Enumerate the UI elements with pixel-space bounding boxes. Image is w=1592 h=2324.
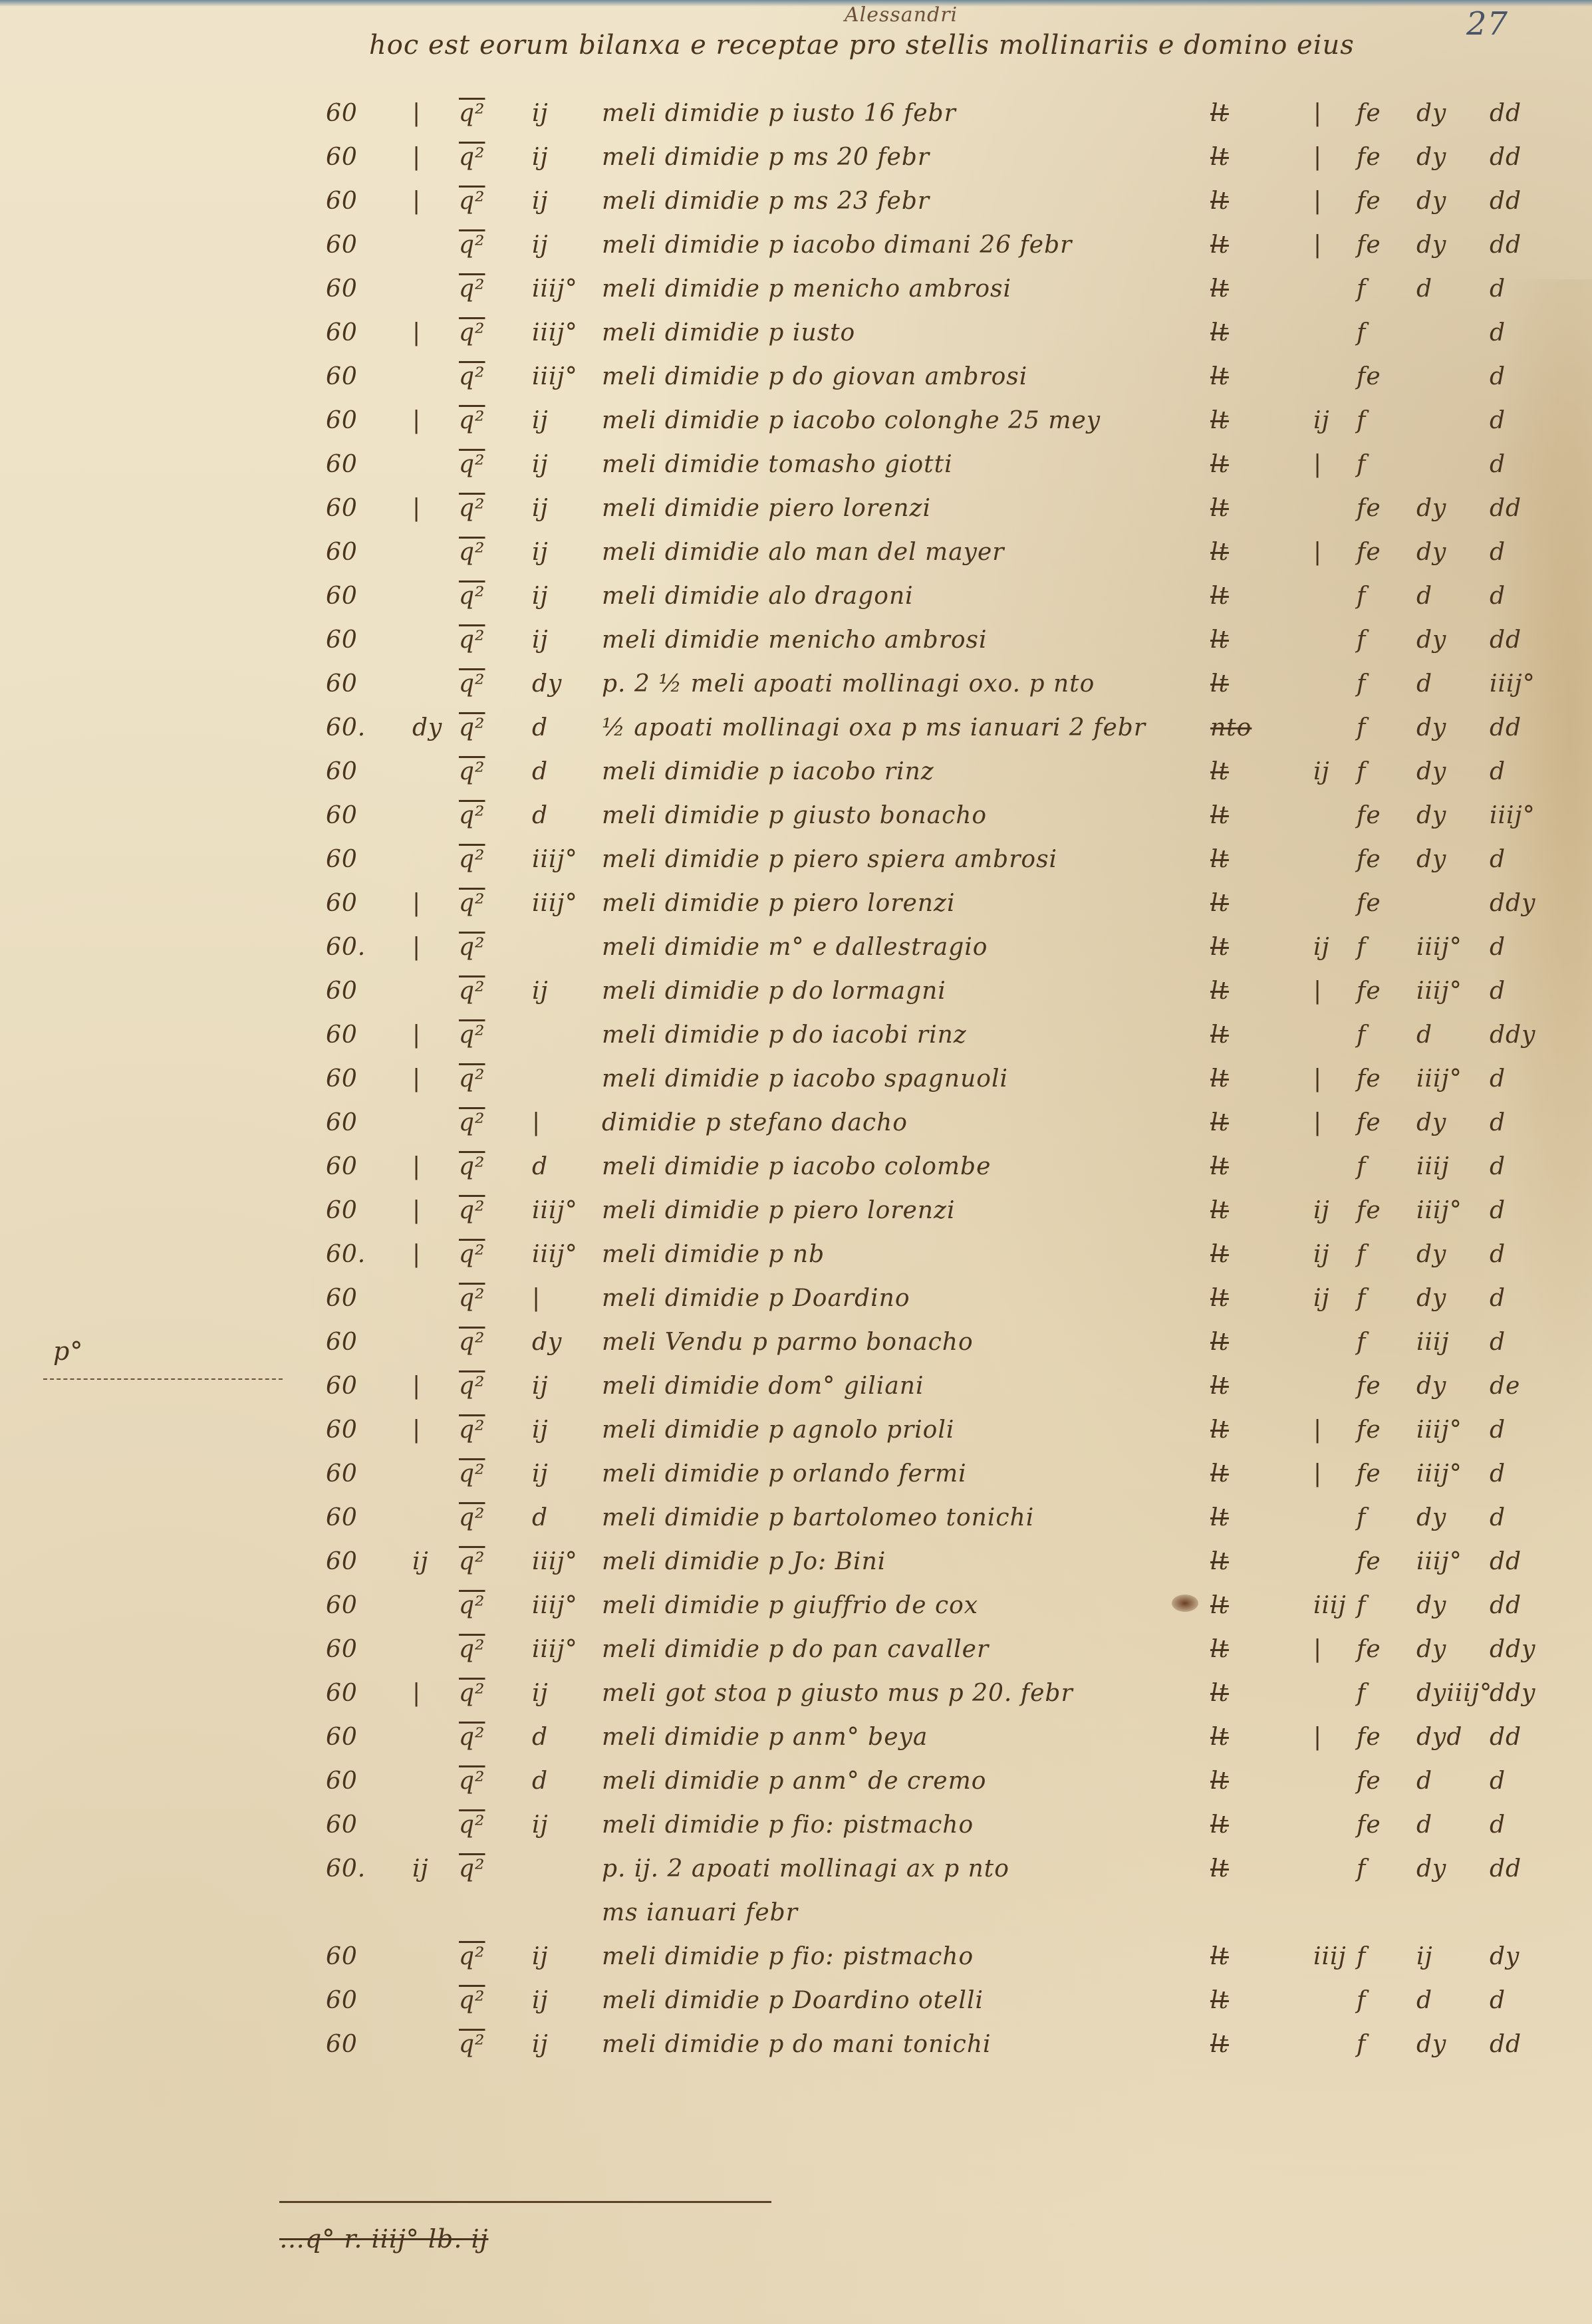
ledger-row: 60q²dymeli Vendu p parmo bonacholtfiiijd — [0, 1329, 1592, 1372]
row-amount-c: dy — [1416, 144, 1446, 171]
row-quantity: q² — [459, 1109, 485, 1136]
row-description: meli dimidie piero lorenzi — [602, 495, 931, 522]
row-amount-d: d — [1490, 451, 1506, 478]
row-amount-b: fe — [1357, 1724, 1381, 1751]
row-amount-a: | — [1313, 1724, 1322, 1751]
row-quantity: q² — [459, 670, 485, 698]
row-quantity: q² — [459, 100, 485, 127]
row-description: meli dimidie p giuffrio de cox — [602, 1592, 978, 1619]
row-quantity: q² — [459, 1285, 485, 1312]
row-amount-d: d — [1490, 1285, 1506, 1312]
row-amount-c: d — [1416, 1021, 1432, 1049]
row-amount-c: iiij° — [1416, 1197, 1462, 1224]
ledger-row: 60|q²meli dimidie p iacobo spagnuolilt|f… — [0, 1065, 1592, 1109]
row-amount-c: dy — [1416, 1636, 1446, 1663]
row-description: meli Vendu p parmo bonacho — [602, 1329, 974, 1356]
row-amount-d: d — [1490, 1241, 1506, 1268]
row-checkmark: lt — [1210, 1460, 1229, 1487]
row-quantity: q² — [459, 407, 485, 434]
row-mark: 60 — [326, 100, 358, 127]
row-tick: | — [412, 934, 421, 961]
row-checkmark: lt — [1210, 1504, 1229, 1531]
row-tick: | — [412, 1372, 421, 1400]
row-quantity: q² — [459, 1241, 485, 1268]
ledger-row: 60|q²ijmeli dimidie p ms 20 febrlt|fedyd… — [0, 144, 1592, 188]
row-quantity: q² — [459, 802, 485, 829]
row-mark: 60 — [326, 407, 358, 434]
row-description: meli dimidie p piero spiera ambrosi — [602, 846, 1057, 873]
row-tick: | — [412, 1680, 421, 1707]
row-amount-b: f — [1357, 714, 1366, 741]
ledger-row: 60q²dmeli dimidie p bartolomeo tonichilt… — [0, 1504, 1592, 1548]
row-quantity: q² — [459, 1767, 485, 1795]
ledger-row: 60|q²ijmeli dimidie p iacobo colonghe 25… — [0, 407, 1592, 451]
row-checkmark: lt — [1210, 1416, 1229, 1444]
row-amount-a: | — [1313, 144, 1322, 171]
row-mark: 60 — [326, 1197, 358, 1224]
row-description: meli dimidie p Doardino — [602, 1285, 910, 1312]
row-quantity: q² — [459, 1943, 485, 1970]
page-top-edge — [0, 0, 1592, 7]
row-checkmark: lt — [1210, 319, 1229, 346]
row-description: meli dimidie tomasho giotti — [602, 451, 953, 478]
row-checkmark: lt — [1210, 407, 1229, 434]
row-quantity: q² — [459, 1636, 485, 1663]
row-amount-d: d — [1490, 1109, 1506, 1136]
ledger-row: 60q²dyp. 2 ½ meli apoati mollinagi oxo. … — [0, 670, 1592, 714]
row-checkmark: lt — [1210, 1724, 1229, 1751]
row-mark: 60 — [326, 1329, 358, 1356]
row-description: meli dimidie m° e dallestragio — [602, 934, 988, 961]
row-checkmark: lt — [1210, 275, 1229, 303]
row-description: meli dimidie p menicho ambrosi — [602, 275, 1011, 303]
row-checkmark: lt — [1210, 363, 1229, 390]
row-amount-b: fe — [1357, 188, 1381, 215]
ledger-row: 60|q²ijmeli got stoa p giusto mus p 20. … — [0, 1680, 1592, 1724]
row-description: meli dimidie p iacobo colombe — [602, 1153, 991, 1180]
row-checkmark: lt — [1210, 846, 1229, 873]
row-amount-b: f — [1357, 407, 1366, 434]
row-checkmark: lt — [1210, 2031, 1229, 2058]
row-mark: 60 — [326, 1943, 358, 1970]
row-number: iiij° — [532, 1636, 578, 1663]
row-tick: | — [412, 319, 421, 346]
row-amount-d: d — [1490, 319, 1506, 346]
row-amount-c: dy — [1416, 1372, 1446, 1400]
row-number: iiij° — [532, 1241, 578, 1268]
row-quantity: q² — [459, 1724, 485, 1751]
ledger-row: 60q²dmeli dimidie p iacobo rinzltijfdyd — [0, 758, 1592, 802]
page-header: hoc est eorum bilanxa e receptae pro ste… — [369, 30, 1355, 61]
row-amount-c: dy — [1416, 100, 1446, 127]
row-quantity: q² — [459, 2031, 485, 2058]
row-quantity: q² — [459, 890, 485, 917]
row-quantity: q² — [459, 363, 485, 390]
row-amount-a: ij — [1313, 934, 1330, 961]
total-rule — [279, 2201, 771, 2203]
row-amount-c: iiij° — [1416, 1416, 1462, 1444]
row-mark: 60 — [326, 1285, 358, 1312]
row-amount-d: d — [1490, 1460, 1506, 1487]
row-checkmark: lt — [1210, 1636, 1229, 1663]
row-amount-b: f — [1357, 2031, 1366, 2058]
row-checkmark: lt — [1210, 1592, 1229, 1619]
row-amount-d: d — [1490, 758, 1506, 785]
row-description: p. 2 ½ meli apoati mollinagi oxo. p nto — [602, 670, 1095, 698]
row-amount-c: dy — [1416, 539, 1446, 566]
row-checkmark: lt — [1210, 977, 1229, 1005]
row-tick: | — [412, 1197, 421, 1224]
row-amount-b: f — [1357, 582, 1366, 610]
ledger-row: 60q²iiij°meli dimidie p do giovan ambros… — [0, 363, 1592, 407]
row-quantity: q² — [459, 1592, 485, 1619]
row-mark: 60 — [326, 451, 358, 478]
row-amount-d: dd — [1490, 1855, 1522, 1882]
row-number: ij — [532, 100, 549, 127]
row-mark: 60 — [326, 1460, 358, 1487]
row-amount-a: ij — [1313, 1285, 1330, 1312]
row-mark: 60 — [326, 188, 358, 215]
ledger-row: 60q²dmeli dimidie p giusto bonacholtfedy… — [0, 802, 1592, 846]
row-amount-d: d — [1490, 1504, 1506, 1531]
row-amount-d: d — [1490, 1416, 1506, 1444]
row-amount-a: ij — [1313, 1197, 1330, 1224]
ledger-row: 60|q²ijmeli dimidie p agnolo priolilt|fe… — [0, 1416, 1592, 1460]
row-tick: | — [412, 1241, 421, 1268]
row-tick: | — [412, 495, 421, 522]
row-description: meli dimidie p do giovan ambrosi — [602, 363, 1027, 390]
margin-rule — [43, 1378, 283, 1380]
row-number: iiij° — [532, 1197, 578, 1224]
margin-note: p° — [53, 1337, 83, 1366]
row-mark: 60 — [326, 363, 358, 390]
row-mark: 60 — [326, 539, 358, 566]
row-number: iiij° — [532, 319, 578, 346]
row-amount-a: ij — [1313, 407, 1330, 434]
row-amount-c: iiij° — [1416, 1460, 1462, 1487]
ink-blot — [1172, 1595, 1198, 1612]
row-tick: | — [412, 144, 421, 171]
row-quantity: q² — [459, 1504, 485, 1531]
row-amount-c: dy — [1416, 2031, 1446, 2058]
ledger-row: 60q²ijmeli dimidie p orlando fermilt|fei… — [0, 1460, 1592, 1504]
row-number: iiij° — [532, 1592, 578, 1619]
row-mark: 60 — [326, 1811, 358, 1839]
row-checkmark: lt — [1210, 582, 1229, 610]
row-checkmark: lt — [1210, 758, 1229, 785]
row-amount-a: | — [1313, 188, 1322, 215]
row-description: meli dimidie p iusto — [602, 319, 855, 346]
ledger-row: 60|q²meli dimidie p do iacobi rinzltfddd… — [0, 1021, 1592, 1065]
ledger-row: 60q²ijmeli dimidie alo man del mayerlt|f… — [0, 539, 1592, 582]
row-checkmark: lt — [1210, 100, 1229, 127]
row-amount-d: dd — [1490, 100, 1522, 127]
row-amount-c: ij — [1416, 1943, 1433, 1970]
row-description: meli dimidie p agnolo prioli — [602, 1416, 954, 1444]
row-tick: | — [412, 407, 421, 434]
row-mark: 60 — [326, 626, 358, 654]
row-number: ij — [532, 626, 549, 654]
row-checkmark: lt — [1210, 144, 1229, 171]
row-amount-b: fe — [1357, 1109, 1381, 1136]
row-amount-d: dd — [1490, 495, 1522, 522]
folio-number: 27 — [1466, 5, 1508, 43]
row-amount-c: dy — [1416, 1504, 1446, 1531]
row-quantity: q² — [459, 714, 485, 741]
row-quantity: q² — [459, 495, 485, 522]
ledger-row: 60|q²ijmeli dimidie p iusto 16 febrlt|fe… — [0, 100, 1592, 144]
ledger-row: 60.dyq²d½ apoati mollinagi oxa p ms ianu… — [0, 714, 1592, 758]
row-mark: 60 — [326, 1767, 358, 1795]
ledger-row: 60q²ijmeli dimidie p fio: pistmacholtfed… — [0, 1811, 1592, 1855]
row-quantity: q² — [459, 758, 485, 785]
row-amount-b: f — [1357, 934, 1366, 961]
ledger-row: 60.|q²iiij°meli dimidie p nbltijfdyd — [0, 1241, 1592, 1285]
row-quantity: q² — [459, 1197, 485, 1224]
ledger-row: 60q²iiij°meli dimidie p do pan cavallerl… — [0, 1636, 1592, 1680]
row-description: meli dimidie p iacobo colonghe 25 mey — [602, 407, 1101, 434]
row-quantity: q² — [459, 539, 485, 566]
row-amount-b: f — [1357, 1987, 1366, 2014]
ledger-row: 60q²dmeli dimidie p anm° beyalt|fedyddd — [0, 1724, 1592, 1767]
row-checkmark: lt — [1210, 1855, 1229, 1882]
row-mark: 60. — [326, 934, 366, 961]
row-number: | — [532, 1285, 541, 1312]
row-amount-d: dd — [1490, 1548, 1522, 1575]
ledger-row: ms ianuari febr — [0, 1899, 1592, 1943]
row-checkmark: lt — [1210, 670, 1229, 698]
row-amount-c: d — [1416, 1767, 1432, 1795]
row-tick: ij — [412, 1855, 429, 1882]
row-quantity: q² — [459, 1372, 485, 1400]
ledger-row: 60|q²ijmeli dimidie p ms 23 febrlt|fedyd… — [0, 188, 1592, 231]
row-mark: 60. — [326, 1855, 366, 1882]
row-checkmark: lt — [1210, 231, 1229, 259]
row-checkmark: lt — [1210, 626, 1229, 654]
row-amount-a: | — [1313, 231, 1322, 259]
row-quantity: q² — [459, 1680, 485, 1707]
row-description: dimidie p stefano dacho — [602, 1109, 908, 1136]
header-interlinear-note: Alessandri — [845, 3, 958, 27]
row-amount-b: fe — [1357, 1065, 1381, 1093]
row-description: meli dimidie p iacobo dimani 26 febr — [602, 231, 1072, 259]
row-number: | — [532, 1109, 541, 1136]
row-amount-c: iiij° — [1416, 934, 1462, 961]
row-amount-c: dyd — [1416, 1724, 1462, 1751]
row-quantity: q² — [459, 319, 485, 346]
row-amount-c: iiij — [1416, 1329, 1450, 1356]
row-number: ij — [532, 1460, 549, 1487]
row-amount-d: ddy — [1490, 1636, 1535, 1663]
row-amount-d: dd — [1490, 1724, 1522, 1751]
row-mark: 60 — [326, 846, 358, 873]
row-amount-b: f — [1357, 1329, 1366, 1356]
row-amount-d: dd — [1490, 714, 1522, 741]
row-number: ij — [532, 407, 549, 434]
row-mark: 60 — [326, 1987, 358, 2014]
row-mark: 60 — [326, 144, 358, 171]
ledger-row: 60q²ijmeli dimidie tomasho giottilt|fd — [0, 451, 1592, 495]
row-tick: | — [412, 100, 421, 127]
row-quantity: q² — [459, 846, 485, 873]
row-description: meli dimidie p anm° beya — [602, 1724, 928, 1751]
row-amount-a: ij — [1313, 1241, 1330, 1268]
row-description: meli dimidie alo man del mayer — [602, 539, 1005, 566]
ledger-row: 60q²iiij°meli dimidie p piero spiera amb… — [0, 846, 1592, 890]
row-amount-c: d — [1416, 670, 1432, 698]
row-number: dy — [532, 670, 562, 698]
row-amount-a: iiij — [1313, 1592, 1347, 1619]
ledger-row: 60.ijq²p. ij. 2 apoati mollinagi ax p nt… — [0, 1855, 1592, 1899]
row-amount-a: | — [1313, 1065, 1322, 1093]
row-amount-d: d — [1490, 977, 1506, 1005]
row-amount-b: fe — [1357, 1548, 1381, 1575]
row-tick: | — [412, 1416, 421, 1444]
row-number: ij — [532, 451, 549, 478]
row-number: ij — [532, 582, 549, 610]
row-mark: 60. — [326, 714, 366, 741]
row-amount-a: | — [1313, 1636, 1322, 1663]
row-description: meli dimidie p nb — [602, 1241, 825, 1268]
row-quantity: q² — [459, 1811, 485, 1839]
row-amount-b: fe — [1357, 144, 1381, 171]
row-checkmark: lt — [1210, 495, 1229, 522]
row-mark: 60 — [326, 495, 358, 522]
row-amount-a: | — [1313, 539, 1322, 566]
row-amount-c: dy — [1416, 188, 1446, 215]
ledger-row: 60q²ijmeli dimidie p iacobo dimani 26 fe… — [0, 231, 1592, 275]
row-number: ij — [532, 1372, 549, 1400]
row-mark: 60 — [326, 582, 358, 610]
row-checkmark: lt — [1210, 1021, 1229, 1049]
row-mark: 60 — [326, 1372, 358, 1400]
row-amount-b: f — [1357, 670, 1366, 698]
row-amount-a: | — [1313, 1416, 1322, 1444]
ledger-row: 60q²iiij°meli dimidie p menicho ambrosil… — [0, 275, 1592, 319]
row-number: d — [532, 1153, 548, 1180]
row-description: p. ij. 2 apoati mollinagi ax p nto — [602, 1855, 1009, 1882]
row-amount-b: fe — [1357, 977, 1381, 1005]
row-number: d — [532, 802, 548, 829]
row-description: meli dimidie p iacobo rinz — [602, 758, 934, 785]
row-mark: 60 — [326, 1504, 358, 1531]
row-number: iiij° — [532, 275, 578, 303]
ledger-row: 60q²dmeli dimidie p anm° de cremoltfedd — [0, 1767, 1592, 1811]
row-checkmark: lt — [1210, 1548, 1229, 1575]
row-description: meli dimidie dom° giliani — [602, 1372, 924, 1400]
row-mark: 60 — [326, 758, 358, 785]
row-mark: 60 — [326, 2031, 358, 2058]
row-amount-a: | — [1313, 100, 1322, 127]
row-amount-d: iiij° — [1490, 802, 1535, 829]
row-amount-c: dy — [1416, 1592, 1446, 1619]
row-amount-c: dy — [1416, 714, 1446, 741]
row-mark: 60 — [326, 1153, 358, 1180]
row-mark: 60 — [326, 1416, 358, 1444]
ledger-row: 60|q²iiij°meli dimidie p piero lorenzilt… — [0, 1197, 1592, 1241]
ledger-row: 60q²ijmeli dimidie menicho ambrosiltfdyd… — [0, 626, 1592, 670]
row-amount-b: f — [1357, 319, 1366, 346]
row-mark: 60 — [326, 977, 358, 1005]
row-mark: 60 — [326, 1021, 358, 1049]
row-quantity: q² — [459, 1855, 485, 1882]
ledger-row: 60.|q²meli dimidie m° e dallestragioltij… — [0, 934, 1592, 977]
row-amount-c: d — [1416, 275, 1432, 303]
row-amount-b: fe — [1357, 802, 1381, 829]
row-description: meli dimidie alo dragoni — [602, 582, 914, 610]
row-quantity: q² — [459, 1153, 485, 1180]
row-checkmark: lt — [1210, 934, 1229, 961]
manuscript-page: Alessandri hoc est eorum bilanxa e recep… — [0, 0, 1592, 2324]
row-tick: | — [412, 1153, 421, 1180]
row-checkmark: lt — [1210, 539, 1229, 566]
row-quantity: q² — [459, 582, 485, 610]
row-amount-b: fe — [1357, 1197, 1381, 1224]
row-quantity: q² — [459, 1548, 485, 1575]
row-amount-b: fe — [1357, 1767, 1381, 1795]
row-amount-c: iiij° — [1416, 1548, 1462, 1575]
row-description: meli dimidie p giusto bonacho — [602, 802, 987, 829]
row-number: ij — [532, 231, 549, 259]
row-checkmark: lt — [1210, 1943, 1229, 1970]
row-amount-b: f — [1357, 1153, 1366, 1180]
row-quantity: q² — [459, 144, 485, 171]
row-number: ij — [532, 539, 549, 566]
row-amount-d: d — [1490, 1987, 1506, 2014]
row-number: ij — [532, 2031, 549, 2058]
row-amount-d: d — [1490, 1767, 1506, 1795]
ledger-row: 60q²iiij°meli dimidie p giuffrio de coxl… — [0, 1592, 1592, 1636]
ledger-row: 60|q²iiij°meli dimidie p iustoltfd — [0, 319, 1592, 363]
row-description: meli dimidie p piero lorenzi — [602, 1197, 955, 1224]
row-amount-d: dd — [1490, 144, 1522, 171]
row-amount-b: f — [1357, 1504, 1366, 1531]
row-checkmark: lt — [1210, 451, 1229, 478]
row-number: ij — [532, 144, 549, 171]
ledger-row: 60|q²iiij°meli dimidie p piero lorenzilt… — [0, 890, 1592, 934]
row-quantity: q² — [459, 977, 485, 1005]
row-amount-b: fe — [1357, 231, 1381, 259]
row-mark: 60 — [326, 1109, 358, 1136]
row-amount-b: f — [1357, 1021, 1366, 1049]
ledger-row: 60q²ijmeli dimidie p do mani tonichiltfd… — [0, 2031, 1592, 2075]
row-number: d — [532, 1767, 548, 1795]
row-amount-b: fe — [1357, 1460, 1381, 1487]
row-amount-d: d — [1490, 539, 1506, 566]
row-amount-d: d — [1490, 582, 1506, 610]
row-amount-b: f — [1357, 451, 1366, 478]
row-amount-b: fe — [1357, 1811, 1381, 1839]
row-mark: 60 — [326, 1680, 358, 1707]
row-mark: 60 — [326, 231, 358, 259]
row-number: d — [532, 714, 548, 741]
row-amount-c: dy — [1416, 1855, 1446, 1882]
row-description: ms ianuari febr — [602, 1899, 798, 1926]
row-description: meli dimidie p do mani tonichi — [602, 2031, 992, 2058]
row-amount-d: dd — [1490, 2031, 1522, 2058]
row-mark: 60 — [326, 319, 358, 346]
row-description: meli dimidie p Jo: Bini — [602, 1548, 886, 1575]
row-checkmark: lt — [1210, 1329, 1229, 1356]
row-tick: | — [412, 188, 421, 215]
row-mark: 60. — [326, 1241, 366, 1268]
row-amount-c: d — [1416, 1811, 1432, 1839]
row-number: ij — [532, 1680, 549, 1707]
row-number: d — [532, 1504, 548, 1531]
row-quantity: q² — [459, 188, 485, 215]
row-amount-b: fe — [1357, 890, 1381, 917]
row-amount-b: f — [1357, 1855, 1366, 1882]
